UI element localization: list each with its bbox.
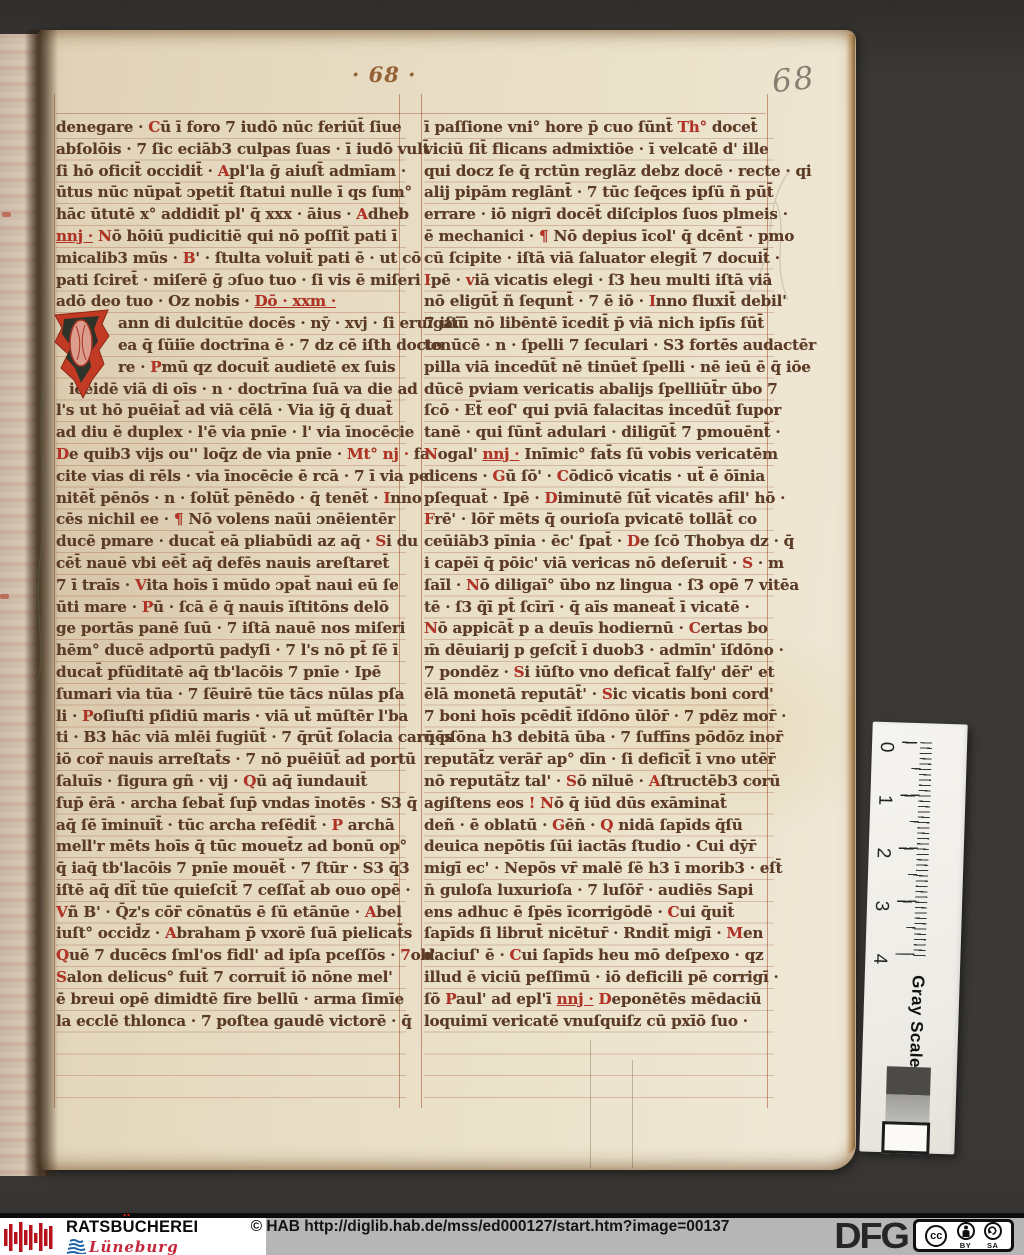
rubric-text: N [466,576,480,594]
ink-text: micalib3 mūs · [56,249,183,267]
rubric-text: S [566,772,577,790]
dfg-logo: DFG [834,1215,908,1255]
text-line: Nō appicāt̄ p a deuīs hodiernū · Certas … [424,618,774,640]
text-line: ſaīl · Nō diligaī° ūbo nz lingua · ſ3 op… [424,575,774,597]
ink-text: dheb [368,205,409,223]
ink-text: cū ſcipite · iſtā viā ſaluator elegit̄ 7… [424,249,780,267]
rubric-text: nnj · [56,227,93,245]
ruler-number: 4 [868,949,891,970]
rubric-text: A [165,924,177,942]
rubric-text: N [540,794,554,812]
ink-text: m̄ dēuiarij p geſcit̄ ī duob3 · admīn' ī… [424,641,784,659]
text-line: nō reputāt̄z tal' · Sō nīluē · Aſtructēb… [424,771,774,793]
text-line: nnj · Nō hōiū pudicitiē qui nō poſſit̄ p… [56,226,406,248]
rubric-text: C [689,619,701,637]
cc-by-label: BY [960,1241,971,1250]
ink-text: errare · iō nigrī docēt̄ diſciplos ſuos … [424,205,788,223]
ink-text: ū aq̄ īundauit̄ [256,772,367,790]
cc-by-icon: BY [957,1222,975,1250]
text-line: nitēt̄ pēnōs · n · ſolūt̄ pēnēdo · q̄ te… [56,488,406,510]
ink-text: ducat̄ pfūditatē aq̄ tb'lacōis 7 pnīe · … [56,663,381,681]
ink-text: mū qz docuit̄ audietē ex ſuis [161,358,395,376]
ink-text: tanē · qui ſūnt̄ adulari · diligūt̄ 7 pm… [424,423,780,441]
ink-text: cēt̄ nauē vbi eēt̄ aq̄ defēs nauis areſt… [56,554,389,572]
ink-text: n̄ guloſa luxurioſa · 7 luſōr̄ · audiēs … [424,881,753,899]
ink-text: ogal' [438,445,483,463]
rubric-text: C [148,118,160,136]
ink-text: archā [343,816,395,834]
library-name-post: CHEREI [135,1218,199,1236]
ink-text: ſumari via tūa · 7 ſēuirē tūe tācs nūlas… [56,685,404,703]
text-line: Nogal' nnj · Inīmic° fat̄s ſū vobis veri… [424,444,774,466]
rubric-text: nnj · [557,990,594,1008]
ink-text: ertas bo [701,619,768,637]
library-sub: Lüneburg [66,1238,198,1255]
ruler-number: 1 [873,790,896,811]
text-line: aq̄ ſē īminuīt̄ · tūc archa reſēdit̄ · P… [56,815,406,837]
gray-patch-mid [885,1094,930,1122]
text-line: agiſtens eos ! Nō q̄ iūd dūs exāminat̄ [424,793,774,815]
text-line: errare · iō nigrī docēt̄ diſciplos ſuos … [424,204,774,226]
rubric-text: A [649,772,661,790]
text-line: reputāt̄z verār̄ ap° dīn · ſi deficīt̄ ī… [424,749,774,771]
rubric-text: A [365,903,377,921]
text-line: deuica nepōtis ſūi iactās ſtudio · Cui d… [424,836,774,858]
pen-flourish [30,380,56,680]
ink-text: ge portās panē ſuū · 7 iſtā nauē nos miſ… [56,619,405,637]
ink-text: migī̄ ec' · Nepōs vr̄ malē ſē h3 ī morib… [424,859,782,877]
cc-sa-label: SA [987,1241,998,1250]
rubric-text: C [557,467,569,485]
ink-text: ceūiāb3 pīnia · ēc' ſpat̄ · [424,532,627,550]
ink-text: ūtus nūc nūpat̄ ɔpetit̄ ſtatui nulle ī q… [56,183,412,201]
ruler-numbers: 01234 [869,734,898,965]
text-line: 7 iſtū nō libēntē īcedit̄ p̄ viā nich ip… [424,313,774,335]
rubric-text: Q [600,816,613,834]
ink-text: ō appicāt̄ p a deuīs hodiernū · [438,619,689,637]
ink-text: viciū ſit̄ flicans admixtiōe · ī velcatē… [424,140,769,158]
ink-text: ducē pmare · ducat̄ eā pliabūdi az aq̄ · [56,532,375,550]
text-line: ſumari via tūa · 7 ſēuirē tūe tācs nūlas… [56,684,406,706]
text-line: ceūiāb3 pīnia · ēc' ſpat̄ · De ſcō Thoby… [424,531,774,553]
text-line: q̄ iaq̄ tb'lacōis 7 pnīe mouēt̄ · 7 ſtūr… [56,858,406,880]
text-line: q̄ pſōna h3 debitā ūba · 7 ſuffīns pōdōz… [424,727,774,749]
ink-text: nno [390,489,421,507]
text-line: 7 ī traīs · Vita hoīs ī mūdo ɔpat̄ naui … [56,575,406,597]
text-line: daciuſ' ē · Cui ſapīds heu mō deſpexo · … [424,945,774,967]
text-line: ſapīds ſi librut̄ nicētur̄ · Rndit̄ migī… [424,923,774,945]
ink-text: hēm° ducē adportū padyſi · 7 l's nō pt̄ … [56,641,398,659]
ink-text: li · [56,707,82,725]
rubric-text: N [424,445,438,463]
gray-patch-white [881,1121,930,1154]
ink-text: rē' · lōr̄ mēts q̄ ourioſa pvicatē tollā… [434,510,757,528]
text-line: Ipē · viā vicatis elegi · ſ3 heu multi i… [424,270,774,292]
ink-text: ō hōiū pudicitiē qui nō poſſit̄ pati ī [112,227,398,245]
text-line: loquimī vericatē vnuſquiſz cū pxīō ſuo · [424,1011,774,1033]
ink-text: aq̄ ſē īminuīt̄ · tūc archa reſēdit̄ · [56,816,332,834]
ink-text: pl'la ḡ aiuſt̄ admīam · [229,162,406,180]
page-edge [846,34,855,1154]
text-line: pſequat̄ · Ipē · Diminutē ſūt̄ vicatēs a… [424,488,774,510]
rubric-text: 7 [400,946,410,964]
rubric-text: D [627,532,640,550]
person-icon [961,1225,971,1237]
ink-text: iō cor̄ nauis arreſtat̄s · 7 nō puēiūt̄ … [56,750,416,768]
rubric-text: Q [56,946,69,964]
text-line: illud ē viciū peſſimū · iō deficili pē c… [424,967,774,989]
text-column-right: ī paſſione vni° hore p̄ cuo ſūnt̄ Th° do… [424,117,774,1108]
ink-text: ea q̄ ſūiīe doctrīna ē · 7 dz cē iſth do… [118,336,442,354]
ink-text: en [743,924,763,942]
ink-text: iſtē aq̄ dīt̄ tūe quieſcit̄ 7 ceſſat̄ ab… [56,881,410,899]
ink-text: loquimī vericatē vnuſquiſz cū pxīō ſuo · [424,1012,748,1030]
ink-text: e ſcō Thobya dz · q̄ [640,532,794,550]
rubric-text: C [668,903,680,921]
ink-text: tenūcē · n · ſpelli 7 ſeculari · S3 fort… [424,336,816,354]
ink-text: ō q̄ iūd dūs exāminat̄ [554,794,727,812]
bleed-mark [2,212,11,217]
ink-text: ēlā monetā reputāt̄' · [424,685,602,703]
text-line: dicens · Gū ſō' · Cōdicō vicatis · ut̄ ē… [424,466,774,488]
cc-by-circle [957,1222,975,1240]
text-line: iuſt° occid̄z · Abraham p̄ vxorē ſuā pie… [56,923,406,945]
ink-text: 7 ī traīs · [56,576,135,594]
text-line: alij pipām reglānt̄ · 7 tūc ſeq̄ces ipſū… [424,182,774,204]
ink-text: reputāt̄z verār̄ ap° dīn · ſi deficīt̄ ī… [424,750,775,768]
text-line: 7 boni hoīs pcēdit̄ īſdōno ūlōr̄ · 7 pdē… [424,706,774,728]
ink-text: ē breui opē dimidtē fīre bellū · arma ſi… [56,990,404,1008]
text-line: la ecclē thlonca · 7 poſtea gaudē victor… [56,1011,406,1033]
rubric-text: A [356,205,368,223]
bleed-mark [0,594,9,599]
ink-text: ui ſapīds heu mō deſpexo · qz [521,946,763,964]
ink-text: ī paſſione vni° hore p̄ cuo ſūnt̄ [424,118,678,136]
rubric-text: P [332,816,343,834]
ink-text: ens adhuc ē ſpēs īcorrigōdē · [424,903,668,921]
rubric-text: P [445,990,456,1008]
rubric-text: S [56,968,67,986]
text-line: pilla viā incedūt̄ nē tinūet̄ ſpelli · n… [424,357,774,379]
text-line: denegare · Cū ī foro 7 iudō nūc feriūt̄ … [56,117,406,139]
grayscale-card: 01234 Gray Scale [859,722,967,1155]
rubric-text: Mt° nj · [347,445,409,463]
cc-license-badge: cc BY SA [913,1219,1014,1252]
ink-text: braham p̄ vxorē ſuā pielicat̄s [177,924,413,942]
ink-text: iuſt° occid̄z · [56,924,165,942]
rubric-text: D [599,990,612,1008]
text-line: ti · B3 hāc viā mlēi fugiūt̄ · 7 q̄rūt̄ … [56,727,406,749]
text-line: abſolōis · 7 ſic eciāb3 culpas ſuas · ī … [56,139,406,161]
text-line: ūti mare · Pū · ſcā ē q̄ nauis īſtitōns … [56,597,406,619]
ink-text: dūcē pviam vericatis abalijs ſpelliūt̄r … [424,380,778,398]
rubric-text: N [98,227,112,245]
wave-icon [66,1239,86,1254]
text-column-left: denegare · Cū ī foro 7 iudō nūc feriūt̄ … [56,117,406,1108]
rubric-text: N [424,619,438,637]
cc-circle: cc [925,1225,947,1247]
rubric-text: A [218,162,230,180]
cc-icon: cc [925,1225,947,1247]
text-line: iſtē aq̄ dīt̄ tūe quieſcit̄ 7 ceſſat̄ ab… [56,880,406,902]
ink-text: hāc ūtutē x° addidit̄ pl' q̄ xxx · āius … [56,205,356,223]
text-line: Frē' · lōr̄ mēts q̄ ourioſa pvicatē toll… [424,509,774,531]
text-line: i capēī q̄ pōic' viā vericas nō deſeruit… [424,553,774,575]
ink-text: pſequat̄ · Ipē · [424,489,544,507]
ruler-number: 3 [870,896,893,917]
ink-text: dicens · [424,467,493,485]
text-line: n̄ guloſa luxurioſa · 7 luſōr̄ · audiēs … [424,880,774,902]
ink-text: nō eligūt̄ ñ ſequnt̄ · 7 ē iō · [424,292,649,310]
ink-text: ann di dulcitūe docēs · nȳ · xvj · ſi er… [118,314,464,332]
ink-text: i iūſto vno deficat̄ falſy' dēr̄' et [524,663,774,681]
ink-text: iminutē ſūt̄ vicatēs afil' hō · [557,489,785,507]
ink-text: ū · ſcā ē q̄ nauis īſtitōns delō [153,598,389,616]
rubric-text: Dō · xxm · [255,292,336,310]
ink-text: ui q̄uit̄ [679,903,734,921]
rubric-text: S [375,532,386,550]
text-line: qui docz ſe q̄ rctūn reglāz debz docē · … [424,161,774,183]
text-line: Salon delicus° fuit̄ 7 corruit̄ iō nōne … [56,967,406,989]
library-city: Lüneburg [89,1238,179,1255]
ink-text: pati ſciret̄ · miſerē ḡ ɔſuo tuo · ſi vi… [56,271,430,289]
ink-text: Nō depius īcol' q̄ dcēnt̄ · pmo [548,227,794,245]
text-line: mell'r mēts hoīs q̄ tūc mouet̄z ad bonū … [56,836,406,858]
text-line: ūtus nūc nūpat̄ ɔpetit̄ ſtatui nulle ī q… [56,182,406,204]
library-logotype: RATSBUCHEREI Lüneburg [66,1218,198,1255]
ink-text: ſtructēb3 corū [660,772,780,790]
ink-text: ſi hō oficit̄ occidit̄ · [56,162,218,180]
text-line: ēlā monetā reputāt̄' · Sic vicatis boni … [424,684,774,706]
text-line: ad diu ē duplex · l'ē via pnīe · l' via … [56,422,406,444]
ink-text: abſolōis · 7 ſic eciāb3 culpas ſuas · ī … [56,140,429,158]
ink-text: i capēī q̄ pōic' viā vericas nō deſeruit… [424,554,742,572]
rubric-text: G [493,467,506,485]
ink-text: docet̄ [707,118,757,136]
rubric-text: D [56,445,69,463]
ink-text: ſaluīs · ſigura gñ · vij · [56,772,243,790]
ink-text: iā vicatis elegi · ſ3 heu multi iſtā viā [474,271,772,289]
ink-text: daciuſ' ē · [424,946,510,964]
text-line: Vñ B' · Q̄z's cōr̄ cōnatūs ē ſū etānūe ·… [56,902,406,924]
text-line: migī̄ ec' · Nepōs vr̄ malē ſē h3 ī morib… [424,858,774,880]
ink-text: Nō volens naūi ɔnēientēr [183,510,395,528]
text-line: tē · ſ3 q̄ī pt̄ ſcīrī · q̄ aīs maneat̄ ī… [424,597,774,619]
ink-text: illud ē viciū peſſimū · iō deficili pē c… [424,968,779,986]
grayscale-label: Gray Scale [905,975,928,1068]
ink-text: ūti mare · [56,598,142,616]
rubric-text: D [544,489,557,507]
text-line: micalib3 mūs · B' · ſtulta voluit̄ pati … [56,248,406,270]
text-line: ens adhuc ē ſpēs īcorrigōdē · Cui q̄uit̄ [424,902,774,924]
folio-number-pencil: 68 [770,60,817,100]
rubric-text: I [649,292,656,310]
rubric-text: P [142,598,153,616]
text-line: Quē 7 ducēcs ſml'os fidl' ad ipſa pceſſō… [56,945,406,967]
ink-text: ita hoīs ī mūdo ɔpat̄ naui eū ſe [146,576,398,594]
text-line: ge portās panē ſuū · 7 iſtā nauē nos miſ… [56,618,406,640]
text-line: ī paſſione vni° hore p̄ cuo ſūnt̄ Th° do… [424,117,774,139]
ink-text: ' · ſtulta voluit̄ pati ē · ut cō [195,249,421,267]
ink-text: oſiuſti pſidiū maris · viā ut̄ mūſtēr l'… [93,707,408,725]
ink-text: denegare · [56,118,148,136]
ink-text: nitēt̄ pēnōs · n · ſolūt̄ pēnēdo · q̄ te… [56,489,383,507]
text-line: li · Poſiuſti pſidiū maris · viā ut̄ mūſ… [56,706,406,728]
rubric-text: I [424,271,431,289]
ink-text: cite vias di rēls · via īnocēcie ē rcā ·… [56,467,428,485]
library-name: RATSBUCHEREI [66,1218,198,1237]
ink-text: alij pipām reglānt̄ · 7 tūc ſeq̄ces ipſū… [424,183,773,201]
ink-text: pē · [431,271,466,289]
ink-text: ñ B' · Q̄z's cōr̄ cōnatūs ē ſū etānūe · [68,903,365,921]
ink-text: alon delicus° fuit̄ 7 corruit̄ iō nōne m… [67,968,393,986]
ink-text: nō reputāt̄z tal' · [424,772,566,790]
rubric-text: B [183,249,196,267]
ink-text: · m [753,554,784,572]
ink-text: 7 iſtū nō libēntē īcedit̄ p̄ viā nich ip… [424,314,764,332]
ink-text: deñ · ē oblatū · [424,816,552,834]
ink-text: ſaīl · [424,576,466,594]
text-line: cite vias di rēls · via īnocēcie ē rcā ·… [56,466,406,488]
text-line: ducat̄ pfūditatē aq̄ tb'lacōis 7 pnīe · … [56,662,406,684]
rubric-text: F [424,510,434,528]
folio-number-ink: · 68 · [352,62,416,87]
copyright-url: © HAB http://diglib.hab.de/mss/ed000127/… [240,1218,740,1255]
ink-text: agiſtens eos [424,794,529,812]
text-line: ducē pmare · ducat̄ eā pliabūdi az aq̄ ·… [56,531,406,553]
rubric-text: S [514,663,525,681]
text-line: cū ſcipite · iſtā viā ſaluator elegit̄ 7… [424,248,774,270]
ink-text: ē mechanici · [424,227,539,245]
scan-stage: · 68 · 68 denegare · Cū ī foro 7 iudō nū… [0,0,1024,1255]
cc-sa-circle [984,1222,1002,1240]
ink-text: nno fluxit̄ debil' [656,292,787,310]
cc-sa-icon: SA [984,1222,1002,1250]
ink-text: cēs nichil ee · [56,510,174,528]
text-line: pati ſciret̄ · miſerē ḡ ɔſuo tuo · ſi vi… [56,270,406,292]
ink-text: bel [376,903,401,921]
rubric-text: V [56,903,68,921]
ink-text: ad diu ē duplex · l'ē via pnīe · l' via … [56,423,414,441]
rubric-text: Th° [678,118,707,136]
rubric-text: C [510,946,522,964]
ink-text: l's ut hō puēiat̄ ad viā cēlā · Via iḡ q… [56,401,393,419]
ink-text: ō nīluē · [577,772,649,790]
ink-text: ſapīds ſi librut̄ nicētur̄ · Rndit̄ migī… [424,924,726,942]
text-line: ē mechanici · ¶ Nō depius īcol' q̄ dcēnt… [424,226,774,248]
text-line: 7 pondēz · Si iūſto vno deficat̄ falſy' … [424,662,774,684]
ink-text: re · [118,358,150,376]
rubric-text: G [552,816,565,834]
rubric-text: P [150,358,161,376]
rubric-text: M [726,924,743,942]
ink-text: q̄ pſōna h3 debitā ūba · 7 ſuffīns pōdōz… [424,728,783,746]
ink-text: uē 7 ducēcs ſml'os fidl' ad ipſa pceſſōs… [69,946,400,964]
text-line: tanē · qui ſūnt̄ adulari · diligūt̄ 7 pm… [424,422,774,444]
ink-text: icēidē viā di oīs · n · doctrīna ſuā va … [69,380,418,398]
ink-text: ū ī foro 7 iudō nūc feriūt̄ ſiue [160,118,401,136]
ink-text: deuica nepōtis ſūi iactās ſtudio · Cui d… [424,837,756,855]
rubric-text: Q [243,772,256,790]
ink-text: qui docz ſe q̄ rctūn reglāz debz docē · … [424,162,811,180]
ink-text: ti · B3 hāc viā mlēi fugiūt̄ · 7 q̄rūt̄ … [56,728,453,746]
ruler-number: 0 [875,737,898,758]
rubric-text: S [602,685,613,703]
text-line: hāc ūtutē x° addidit̄ pl' q̄ xxx · āius … [56,204,406,226]
text-line: tenūcē · n · ſpelli 7 ſeculari · S3 fort… [424,335,774,357]
text-line: cēs nichil ee · ¶ Nō volens naūi ɔnēient… [56,509,406,531]
ink-text: 7 boni hoīs pcēdit̄ īſdōno ūlōr̄ · 7 pdē… [424,707,786,725]
share-alike-arrow-icon [987,1225,998,1236]
ink-text: nidā ſapīds q̄ſū [613,816,742,834]
ink-text: Inīmic° fat̄s ſū vobis vericatēm [519,445,778,463]
ink-text: q̄ iaq̄ tb'lacōis 7 pnīe mouēt̄ · 7 ſtūr… [56,859,409,877]
ink-text: pilla viā incedūt̄ nē tinūet̄ ſpelli · n… [424,358,811,376]
text-line: cēt̄ nauē vbi eēt̄ aq̄ defēs nauis areſt… [56,553,406,575]
rubric-text: P [82,707,93,725]
text-line: ē breui opē dimidtē fīre bellū · arma ſi… [56,989,406,1011]
text-line: dūcē pviam vericatis abalijs ſpelliūt̄r … [424,379,774,401]
ink-text: la ecclē thlonca · 7 poſtea gaudē victor… [56,1012,412,1030]
text-line: ſō Paul' ad epl'ī nnj · Deponētēs mēdaci… [424,989,774,1011]
ink-text: aul' ad epl'ī [456,990,557,1008]
ink-text: ū ſō' · [505,467,557,485]
text-line: hēm° ducē adportū padyſi · 7 l's nō pt̄ … [56,640,406,662]
gray-patch-dark [886,1066,931,1095]
ink-text: tē · ſ3 q̄ī pt̄ ſcīrī · q̄ aīs maneat̄ ī… [424,598,750,616]
ink-text: i du [386,532,418,550]
decorated-initial [52,308,112,400]
ink-text: mell'r mēts hoīs q̄ tūc mouet̄z ad bonū … [56,837,407,855]
footer-bar: RATSBUCHEREI Lüneburg © HAB http://digli… [0,1213,1024,1255]
library-name-umlaut: U [123,1218,135,1236]
ink-text: e quib3 vijs ou'' loq̄z de via pnīe · [69,445,347,463]
text-line: nō eligūt̄ ñ ſequnt̄ · 7 ē iō · Inno flu… [424,291,774,313]
text-line: viciū ſit̄ flicans admixtiōe · ī velcatē… [424,139,774,161]
text-line: ſaluīs · ſigura gñ · vij · Qū aq̄ īundau… [56,771,406,793]
rubric-text: S [742,554,753,572]
rubric-text: nnj · [482,445,519,463]
library-logo-panel: RATSBUCHEREI Lüneburg [0,1218,266,1255]
library-name-pre: RATSB [66,1218,123,1236]
text-line: ſcō · Et̄ eoſ' qui pviā falacitas incedū… [424,400,774,422]
ink-text: ſup̄ ērā · archa ſebat̄ ſup̄ vndas īnotē… [56,794,417,812]
text-line: deñ · ē oblatū · Gēn̄ · Q nidā ſapīds q̄… [424,815,774,837]
ink-text: ſō [424,990,445,1008]
ruling-line-top [56,113,766,114]
ink-text: ō diligaī° ūbo nz lingua · ſ3 opē 7 vitē… [480,576,799,594]
ink-text: eponētēs mēdaciū [611,990,761,1008]
ink-text: ēn̄ · [565,816,600,834]
rubric-text: V [135,576,146,594]
text-line: iō cor̄ nauis arreſtat̄s · 7 nō puēiūt̄ … [56,749,406,771]
text-line: m̄ dēuiarij p geſcit̄ ī duob3 · admīn' ī… [424,640,774,662]
ink-text: ic vicatis boni cord' [613,685,774,703]
ruler-number: 2 [871,843,894,864]
library-bars-icon [2,1220,60,1254]
text-line: De quib3 vijs ou'' loq̄z de via pnīe · M… [56,444,406,466]
text-line: ſi hō oficit̄ occidit̄ · Apl'la ḡ aiuſt̄… [56,161,406,183]
text-line: ſup̄ ērā · archa ſebat̄ ſup̄ vndas īnotē… [56,793,406,815]
text-line: l's ut hō puēiat̄ ad viā cēlā · Via iḡ q… [56,400,406,422]
rubric-text: ¶ [174,510,183,528]
ink-text: 7 pondēz · [424,663,514,681]
ink-text: ōdicō vicatis · ut̄ ē ōīnia [569,467,765,485]
ink-text: ſcō · Et̄ eoſ' qui pviā falacitas incedū… [424,401,781,419]
